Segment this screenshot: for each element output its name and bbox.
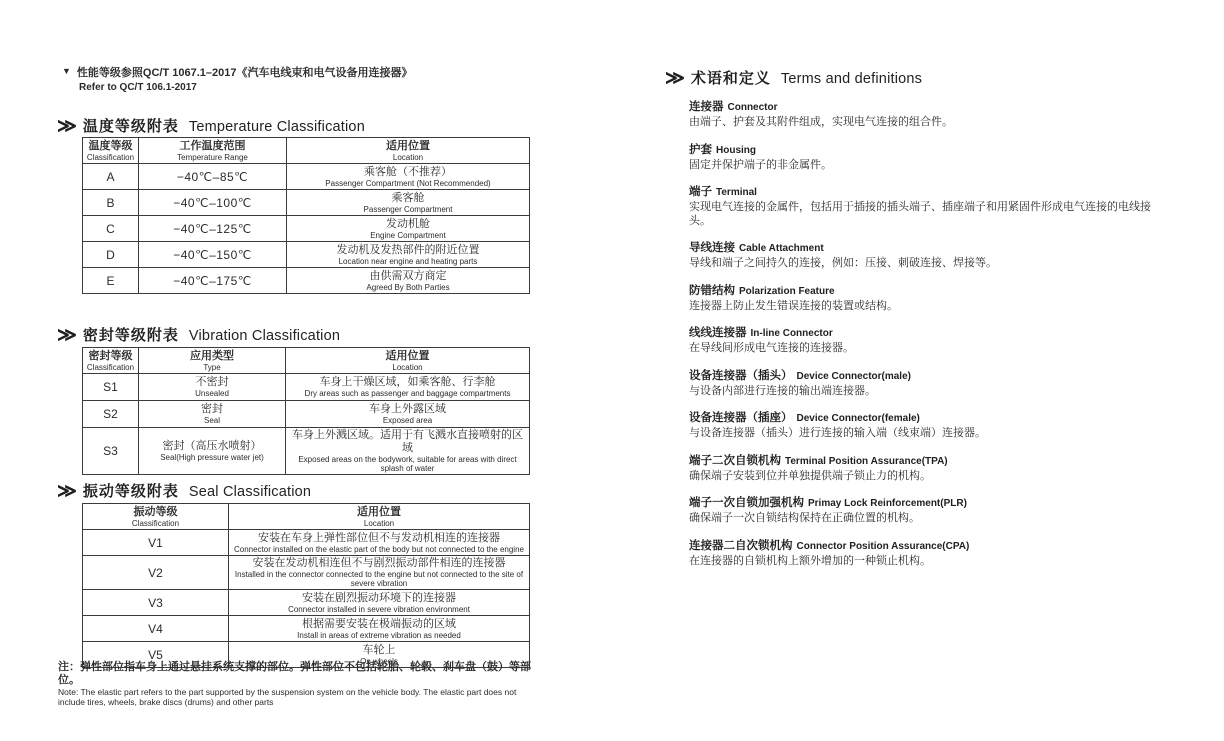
document-page: ▼ 性能等级参照QC/T 1067.1–2017《汽车电线束和电气设备用连接器》… [0, 0, 1224, 741]
term-en: Polarization Feature [739, 286, 835, 297]
term-zh: 导线连接 [689, 242, 735, 254]
table-footnote: 注：弹性部位指车身上通过悬挂系统支撑的部位。弹性部位不包括轮胎、轮毂、刹车盘（鼓… [58, 661, 540, 707]
table-row: V4 根据需要安装在极端振动的区域Install in areas of ext… [83, 616, 530, 642]
term-definition: 确保端子安装到位并单独提供端子锁止力的机构。 [689, 470, 1167, 484]
double-chevron-icon: ≫ [57, 480, 75, 503]
header-en: Temperature Range [142, 153, 283, 162]
term-definition: 导线和端子之间持久的连接，例如：压接、刺破连接、焊接等。 [689, 257, 1167, 271]
grade-cell: A [83, 164, 139, 190]
term-item: 导线连接Cable Attachment 导线和端子之间持久的连接，例如：压接、… [689, 241, 1167, 271]
term-zh: 连接器 [689, 101, 724, 113]
term-title: 设备连接器（插头）Device Connector(male) [689, 369, 1167, 384]
header-zh: 应用类型 [142, 350, 282, 363]
range-cell: −40℃–125℃ [139, 216, 287, 242]
table-header-row: 振动等级Classification 适用位置Location [83, 504, 530, 530]
location-zh: 乘客舱 [290, 192, 526, 205]
term-en: Device Connector(male) [797, 371, 911, 382]
header-zh: 适用位置 [290, 140, 526, 153]
location-en: Engine Compartment [290, 231, 526, 240]
location-en: Exposed areas on the bodywork, suitable … [289, 455, 526, 473]
term-item: 端子Terminal 实现电气连接的金属件，包括用于插接的插头端子、插座端子和用… [689, 185, 1167, 228]
grade-cell: D [83, 242, 139, 268]
header-zh: 密封等级 [86, 350, 135, 363]
location-zh: 由供需双方商定 [290, 270, 526, 283]
reference-text-zh: 性能等级参照QC/T 1067.1–2017《汽车电线束和电气设备用连接器》 [77, 64, 413, 80]
term-zh: 线线连接器 [689, 327, 747, 339]
term-en: Terminal Position Assurance(TPA) [785, 456, 948, 467]
term-en: Connector Position Assurance(CPA) [797, 541, 970, 552]
double-chevron-icon: ≫ [57, 324, 75, 347]
range-cell: −40℃–100℃ [139, 190, 287, 216]
section-heading-terms: ≫ 术语和定义 Terms and definitions [665, 66, 922, 89]
table-header-row: 密封等级Classification 应用类型Type 适用位置Location [83, 348, 530, 374]
type-en: Unsealed [142, 389, 282, 398]
term-en: Primay Lock Reinforcement(PLR) [808, 498, 967, 509]
header-cell: 温度等级Classification [83, 138, 139, 164]
location-cell: 安装在发动机相连但不与剧烈振动部件相连的连接器Installed in the … [229, 556, 530, 590]
grade-cell: B [83, 190, 139, 216]
header-cell: 适用位置Location [287, 138, 530, 164]
type-cell: 密封Seal [139, 401, 286, 428]
table-row: V1 安装在车身上弹性部位但不与发动机相连的连接器Connector insta… [83, 530, 530, 556]
location-cell: 由供需双方商定Agreed By Both Parties [287, 268, 530, 294]
section-heading-seal: ≫ 密封等级附表 Vibration Classification [57, 323, 340, 346]
section-title-zh: 密封等级附表 [83, 324, 179, 345]
term-item: 护套Housing 固定并保护端子的非金属件。 [689, 143, 1167, 173]
table-header-row: 温度等级Classification 工作温度范围Temperature Ran… [83, 138, 530, 164]
location-zh: 乘客舱（不推荐） [290, 166, 526, 179]
location-zh: 车身上干燥区域，如乘客舱、行李舱 [289, 376, 526, 389]
header-zh: 适用位置 [289, 350, 526, 363]
section-title-zh: 温度等级附表 [83, 115, 179, 136]
term-title: 护套Housing [689, 143, 1167, 158]
term-en: Cable Attachment [739, 243, 824, 254]
location-en: Dry areas such as passenger and baggage … [289, 389, 526, 398]
table-row: E −40℃–175℃ 由供需双方商定Agreed By Both Partie… [83, 268, 530, 294]
location-zh: 安装在剧烈振动环境下的连接器 [232, 592, 526, 605]
location-zh: 安装在发动机相连但不与剧烈振动部件相连的连接器 [232, 557, 526, 570]
header-cell: 密封等级Classification [83, 348, 139, 374]
location-cell: 根据需要安装在极端振动的区域Install in areas of extrem… [229, 616, 530, 642]
type-en: Seal(High pressure water jet) [142, 453, 282, 462]
reference-text-en: Refer to QC/T 106.1-2017 [79, 82, 542, 93]
location-cell: 车身上干燥区域，如乘客舱、行李舱Dry areas such as passen… [286, 374, 530, 401]
location-en: Install in areas of extreme vibration as… [232, 631, 526, 640]
term-title: 设备连接器（插座）Device Connector(female) [689, 411, 1167, 426]
type-zh: 密封（高压水喷射） [142, 440, 282, 453]
terms-list: 连接器Connector 由端子、护套及其附件组成，实现电气连接的组合件。 护套… [689, 100, 1167, 581]
term-title: 端子Terminal [689, 185, 1167, 200]
term-item: 防错结构Polarization Feature 连接器上防止发生错误连接的装置… [689, 284, 1167, 314]
section-heading-vibration: ≫ 振动等级附表 Seal Classification [57, 479, 311, 502]
location-cell: 安装在剧烈振动环境下的连接器Connector installed in sev… [229, 590, 530, 616]
grade-cell: V1 [83, 530, 229, 556]
table-row: S2 密封Seal 车身上外露区域Exposed area [83, 401, 530, 428]
table-row: B −40℃–100℃ 乘客舱Passenger Compartment [83, 190, 530, 216]
footnote-zh: 注：弹性部位指车身上通过悬挂系统支撑的部位。弹性部位不包括轮胎、轮毂、刹车盘（鼓… [58, 661, 540, 687]
location-en: Connector installed in severe vibration … [232, 605, 526, 614]
section-title-en: Vibration Classification [189, 328, 340, 344]
location-en: Connector installed on the elastic part … [232, 545, 526, 554]
grade-cell: C [83, 216, 139, 242]
term-item: 设备连接器（插座）Device Connector(female) 与设备连接器… [689, 411, 1167, 441]
term-zh: 端子一次自锁加强机构 [689, 497, 804, 509]
range-cell: −40℃–150℃ [139, 242, 287, 268]
header-zh: 温度等级 [86, 140, 135, 153]
header-cell: 振动等级Classification [83, 504, 229, 530]
term-zh: 端子 [689, 186, 712, 198]
header-cell: 适用位置Location [229, 504, 530, 530]
grade-cell: S1 [83, 374, 139, 401]
location-cell: 安装在车身上弹性部位但不与发动机相连的连接器Connector installe… [229, 530, 530, 556]
header-en: Classification [86, 153, 135, 162]
header-zh: 适用位置 [232, 506, 526, 519]
location-en: Exposed area [289, 416, 526, 425]
reference-note: ▼ 性能等级参照QC/T 1067.1–2017《汽车电线束和电气设备用连接器》… [62, 64, 542, 93]
term-definition: 连接器上防止发生错误连接的装置或结构。 [689, 300, 1167, 314]
term-zh: 连接器二自次锁机构 [689, 540, 793, 552]
table-row: S3 密封（高压水喷射）Seal(High pressure water jet… [83, 428, 530, 475]
location-zh: 发动机舱 [290, 218, 526, 231]
table-row: A −40℃–85℃ 乘客舱（不推荐）Passenger Compartment… [83, 164, 530, 190]
section-heading-temperature: ≫ 温度等级附表 Temperature Classification [57, 114, 365, 137]
term-item: 端子一次自锁加强机构Primay Lock Reinforcement(PLR)… [689, 496, 1167, 526]
location-zh: 车轮上 [232, 644, 526, 657]
header-en: Type [142, 363, 282, 372]
location-zh: 车身上外溅区域。适用于有飞溅水直接喷射的区域 [289, 429, 526, 455]
range-cell: −40℃–175℃ [139, 268, 287, 294]
term-item: 设备连接器（插头）Device Connector(male) 与设备内部进行连… [689, 369, 1167, 399]
range-cell: −40℃–85℃ [139, 164, 287, 190]
section-title-zh: 振动等级附表 [83, 480, 179, 501]
header-en: Location [232, 519, 526, 528]
term-zh: 端子二次自锁机构 [689, 455, 781, 467]
term-en: Connector [728, 102, 778, 113]
header-en: Classification [86, 363, 135, 372]
reference-line-1: ▼ 性能等级参照QC/T 1067.1–2017《汽车电线束和电气设备用连接器》 [62, 64, 542, 80]
section-title-en: Temperature Classification [189, 119, 365, 135]
term-definition: 实现电气连接的金属件，包括用于插接的插头端子、插座端子和用紧固件形成电气连接的电… [689, 201, 1167, 228]
term-definition: 与设备连接器（插头）进行连接的输入端（线束端）连接器。 [689, 427, 1167, 441]
seal-table: 密封等级Classification 应用类型Type 适用位置Location… [82, 347, 530, 475]
type-cell: 密封（高压水喷射）Seal(High pressure water jet) [139, 428, 286, 475]
term-zh: 防错结构 [689, 285, 735, 297]
header-zh: 振动等级 [86, 506, 225, 519]
grade-cell: S2 [83, 401, 139, 428]
table-row: D −40℃–150℃ 发动机及发热部件的附近位置Location near e… [83, 242, 530, 268]
term-title: 连接器Connector [689, 100, 1167, 115]
grade-cell: S3 [83, 428, 139, 475]
term-definition: 由端子、护套及其附件组成，实现电气连接的组合件。 [689, 116, 1167, 130]
location-cell: 乘客舱（不推荐）Passenger Compartment (Not Recom… [287, 164, 530, 190]
location-zh: 发动机及发热部件的附近位置 [290, 244, 526, 257]
header-en: Classification [86, 519, 225, 528]
term-zh: 护套 [689, 144, 712, 156]
location-cell: 发动机及发热部件的附近位置Location near engine and he… [287, 242, 530, 268]
term-title: 导线连接Cable Attachment [689, 241, 1167, 256]
term-definition: 确保端子一次自锁结构保持在正确位置的机构。 [689, 512, 1167, 526]
location-en: Agreed By Both Parties [290, 283, 526, 292]
term-title: 线线连接器In-line Connector [689, 326, 1167, 341]
term-item: 连接器Connector 由端子、护套及其附件组成，实现电气连接的组合件。 [689, 100, 1167, 130]
section-title-en: Terms and definitions [781, 71, 922, 87]
term-zh: 设备连接器（插头） [689, 370, 793, 382]
type-zh: 密封 [142, 403, 282, 416]
table-row: S1 不密封Unsealed 车身上干燥区域，如乘客舱、行李舱Dry areas… [83, 374, 530, 401]
term-zh: 设备连接器（插座） [689, 412, 793, 424]
term-item: 连接器二自次锁机构Connector Position Assurance(CP… [689, 539, 1167, 569]
location-zh: 车身上外露区域 [289, 403, 526, 416]
location-cell: 发动机舱Engine Compartment [287, 216, 530, 242]
term-definition: 固定并保护端子的非金属件。 [689, 159, 1167, 173]
term-en: In-line Connector [751, 328, 833, 339]
type-en: Seal [142, 416, 282, 425]
location-en: Installed in the connector connected to … [232, 570, 526, 588]
temperature-table: 温度等级Classification 工作温度范围Temperature Ran… [82, 137, 530, 294]
location-cell: 乘客舱Passenger Compartment [287, 190, 530, 216]
table-row: C −40℃–125℃ 发动机舱Engine Compartment [83, 216, 530, 242]
table-row: V2 安装在发动机相连但不与剧烈振动部件相连的连接器Installed in t… [83, 556, 530, 590]
grade-cell: V2 [83, 556, 229, 590]
header-en: Location [289, 363, 526, 372]
double-chevron-icon: ≫ [665, 67, 683, 90]
location-en: Passenger Compartment (Not Recommended) [290, 179, 526, 188]
header-cell: 工作温度范围Temperature Range [139, 138, 287, 164]
location-zh: 安装在车身上弹性部位但不与发动机相连的连接器 [232, 532, 526, 545]
table-row: V3 安装在剧烈振动环境下的连接器Connector installed in … [83, 590, 530, 616]
section-title-en: Seal Classification [189, 484, 311, 500]
term-definition: 在导线间形成电气连接的连接器。 [689, 342, 1167, 356]
double-chevron-icon: ≫ [57, 115, 75, 138]
term-title: 端子一次自锁加强机构Primay Lock Reinforcement(PLR) [689, 496, 1167, 511]
header-cell: 适用位置Location [286, 348, 530, 374]
term-title: 端子二次自锁机构Terminal Position Assurance(TPA) [689, 454, 1167, 469]
location-en: Passenger Compartment [290, 205, 526, 214]
footnote-en: Note: The elastic part refers to the par… [58, 688, 540, 707]
term-title: 连接器二自次锁机构Connector Position Assurance(CP… [689, 539, 1167, 554]
term-title: 防错结构Polarization Feature [689, 284, 1167, 299]
location-cell: 车身上外露区域Exposed area [286, 401, 530, 428]
type-cell: 不密封Unsealed [139, 374, 286, 401]
term-en: Device Connector(female) [797, 413, 920, 424]
term-item: 线线连接器In-line Connector 在导线间形成电气连接的连接器。 [689, 326, 1167, 356]
down-triangle-icon: ▼ [62, 64, 71, 78]
vibration-table: 振动等级Classification 适用位置Location V1 安装在车身… [82, 503, 530, 668]
term-en: Terminal [716, 187, 757, 198]
location-en: Location near engine and heating parts [290, 257, 526, 266]
grade-cell: V3 [83, 590, 229, 616]
location-zh: 根据需要安装在极端振动的区域 [232, 618, 526, 631]
term-en: Housing [716, 145, 756, 156]
header-en: Location [290, 153, 526, 162]
grade-cell: V4 [83, 616, 229, 642]
section-title-zh: 术语和定义 [691, 67, 771, 88]
term-definition: 与设备内部进行连接的输出端连接器。 [689, 385, 1167, 399]
term-item: 端子二次自锁机构Terminal Position Assurance(TPA)… [689, 454, 1167, 484]
location-cell: 车身上外溅区域。适用于有飞溅水直接喷射的区域Exposed areas on t… [286, 428, 530, 475]
type-zh: 不密封 [142, 376, 282, 389]
grade-cell: E [83, 268, 139, 294]
header-zh: 工作温度范围 [142, 140, 283, 153]
term-definition: 在连接器的自锁机构上额外增加的一种锁止机构。 [689, 555, 1167, 569]
header-cell: 应用类型Type [139, 348, 286, 374]
